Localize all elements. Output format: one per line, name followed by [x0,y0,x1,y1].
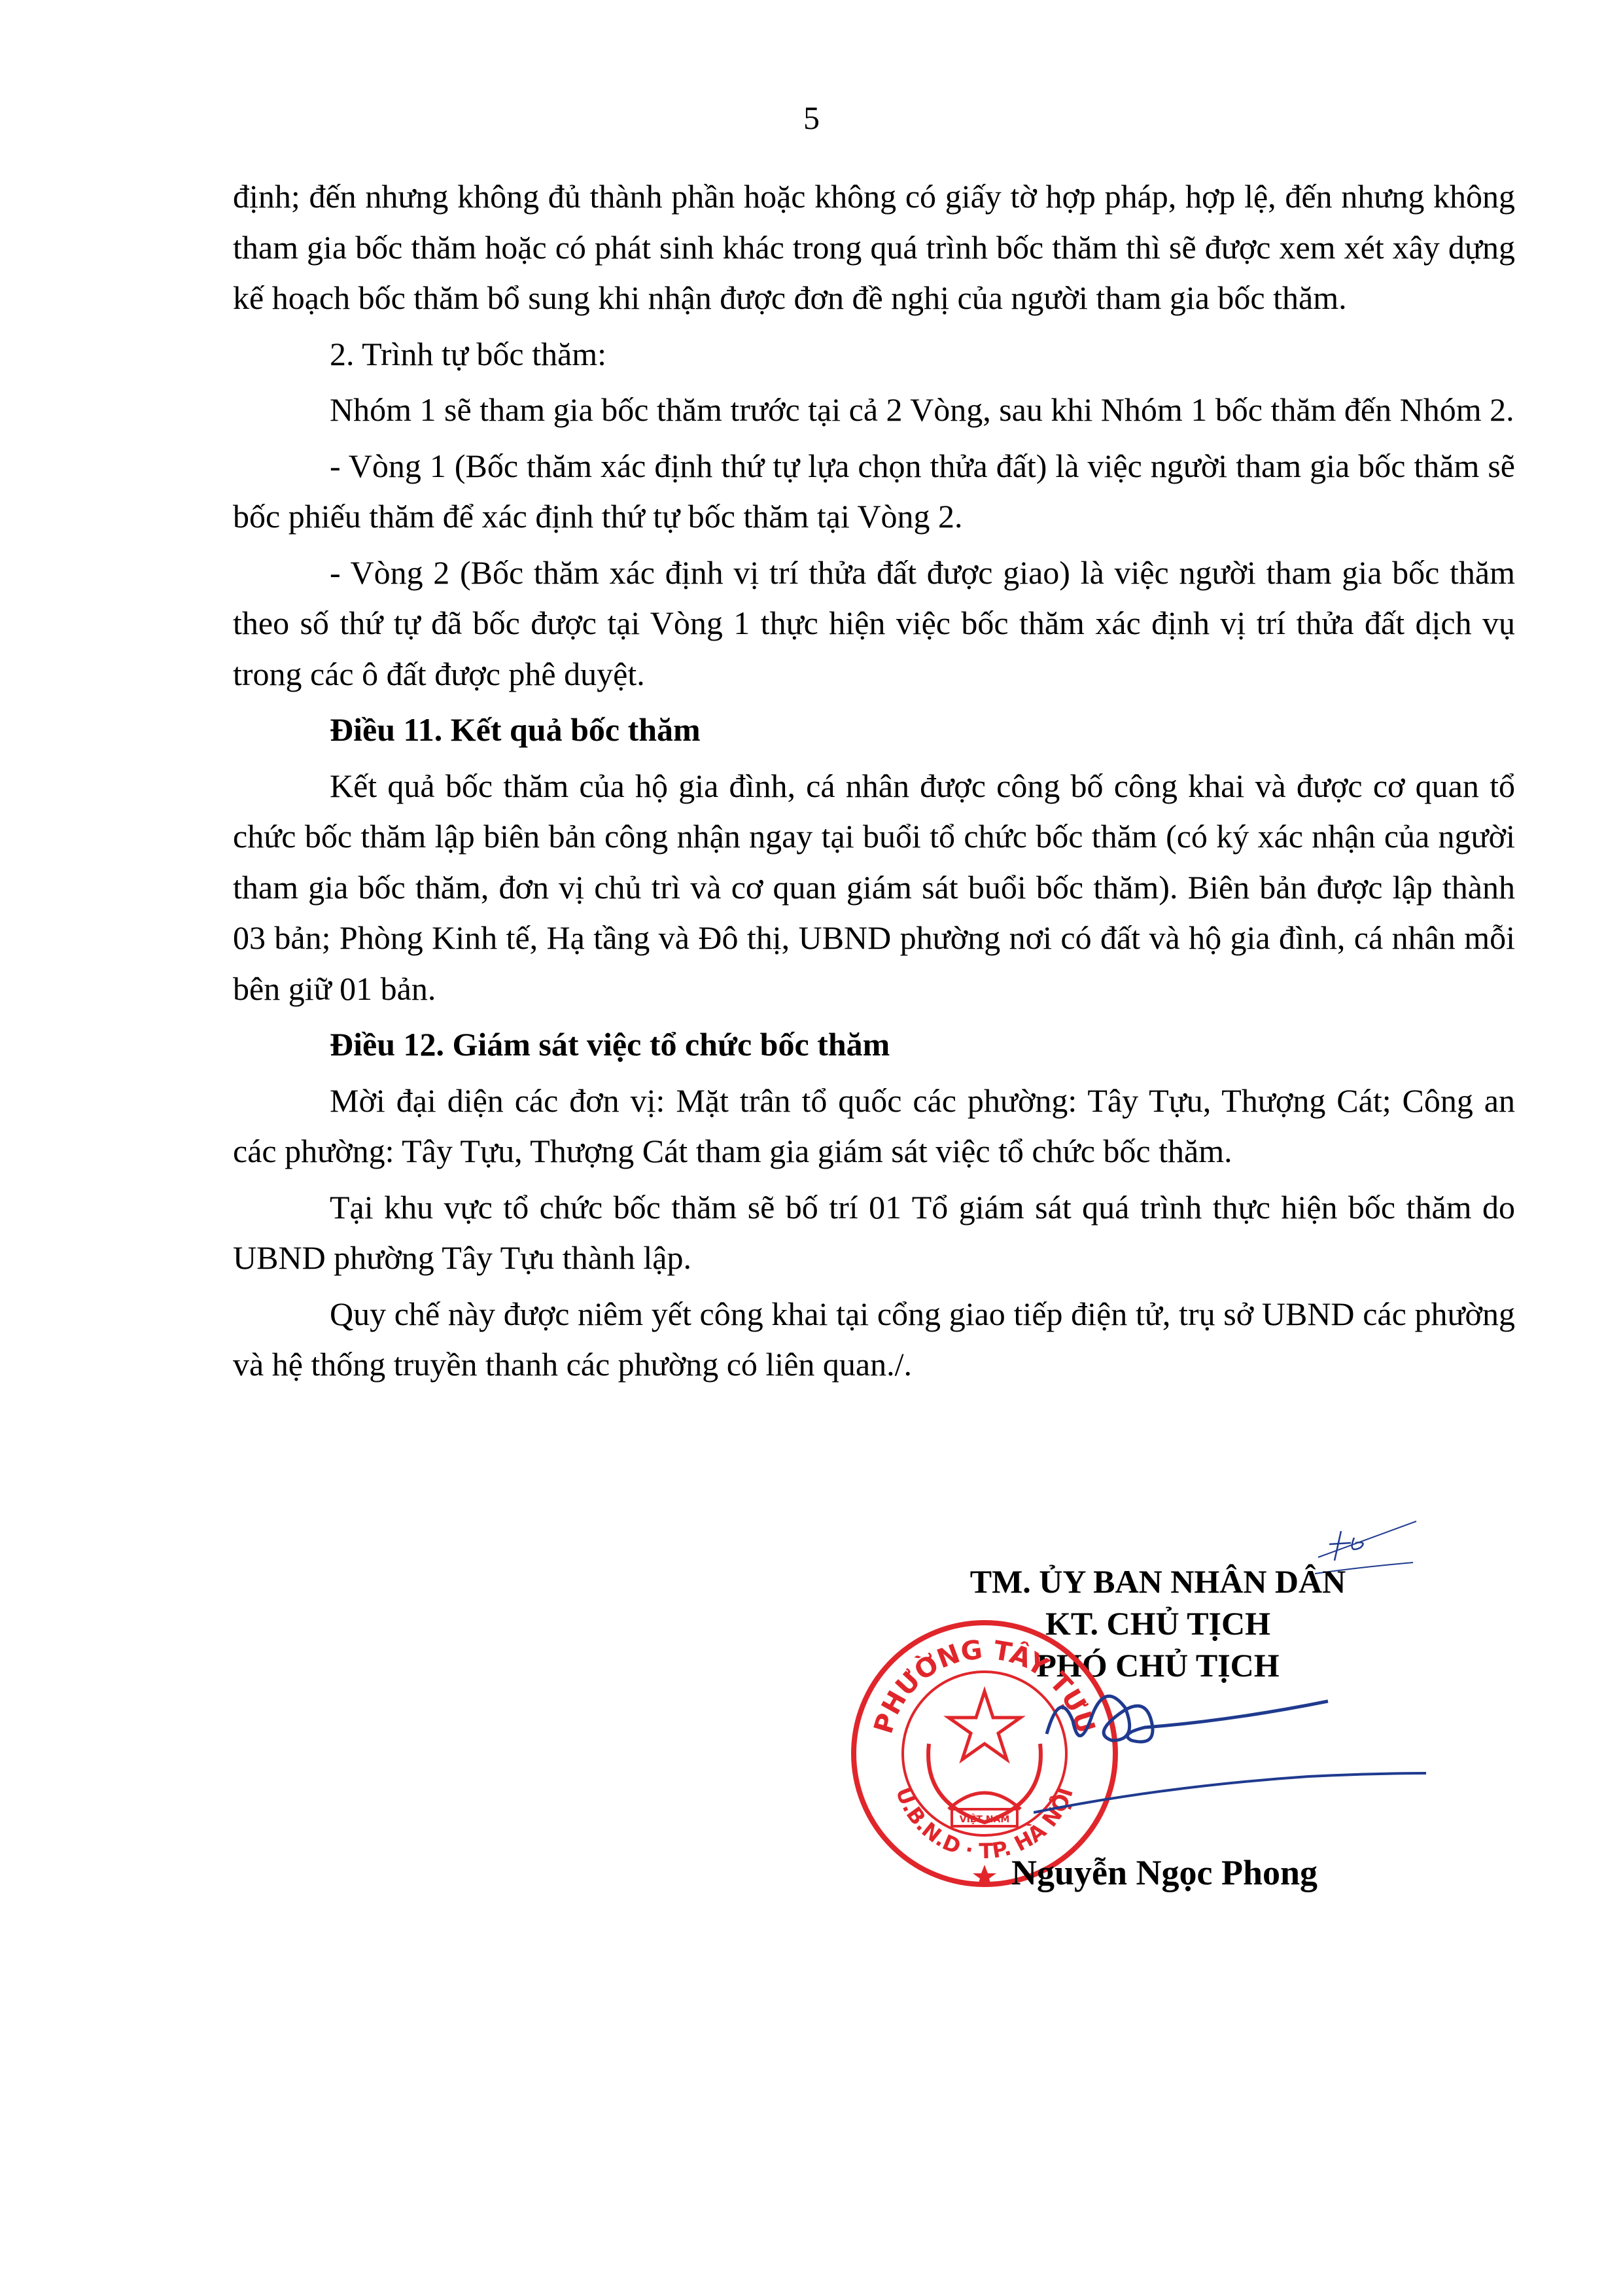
paragraph-supervision-invite: Mời đại diện các đơn vị: Mặt trân tổ quố… [233,1076,1515,1177]
paragraph-article-11: Kết quả bốc thăm của hộ gia đình, cá nhâ… [233,761,1515,1015]
page-number: 5 [0,98,1623,137]
paragraph-publication: Quy chế này được niêm yết công khai tại … [233,1289,1515,1390]
article-12-heading: Điều 12. Giám sát việc tổ chức bốc thăm [233,1019,1515,1070]
paragraph-round-2: - Vòng 2 (Bốc thăm xác định vị trí thửa … [233,548,1515,700]
svg-text:VIỆT NAM: VIỆT NAM [960,1813,1010,1825]
paragraph-supervision-team: Tại khu vực tổ chức bốc thăm sẽ bố trí 0… [233,1182,1515,1284]
signer-name: Nguyễn Ngọc Phong [949,1852,1380,1894]
document-body: định; đến nhưng không đủ thành phần hoặc… [233,171,1515,1390]
signature-line-committee: TM. ỦY BAN NHÂN DÂN [916,1561,1400,1602]
paragraph-continuation: định; đến nhưng không đủ thành phần hoặc… [233,171,1515,324]
paragraph-section-2-title: 2. Trình tự bốc thăm: [233,329,1515,380]
paragraph-round-1: - Vòng 1 (Bốc thăm xác định thứ tự lựa c… [233,441,1515,542]
handwritten-signature-icon [1034,1675,1426,1845]
article-11-heading: Điều 11. Kết quả bốc thăm [233,705,1515,756]
paragraph-group-order: Nhóm 1 sẽ tham gia bốc thăm trước tại cả… [233,385,1515,436]
